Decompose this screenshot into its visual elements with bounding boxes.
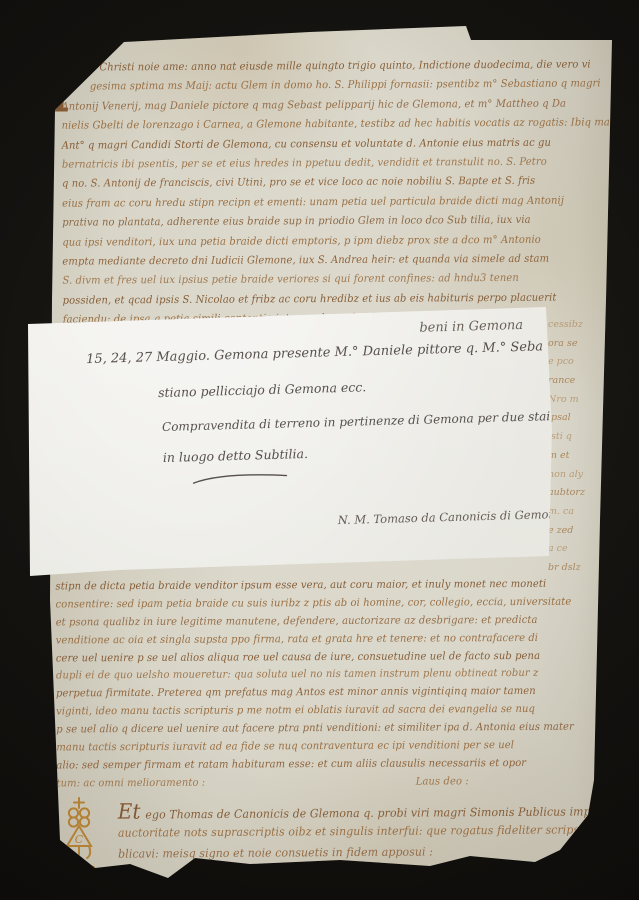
fragment-line: e pco [548, 353, 610, 372]
manuscript-bottom-block: stipn de dicta petia braide venditor ips… [55, 576, 608, 794]
closing-words: tum: ac omni melioramento : [56, 774, 205, 793]
fragment-line: m et [548, 447, 610, 466]
fragment-line: aubtorz [548, 484, 610, 503]
fragment-line: cessibz [548, 316, 610, 335]
fragment-line: ipsal [548, 409, 610, 428]
closing-attestation: Etego Thomas de Canonicis de Glemona q. … [118, 798, 598, 864]
fragment-line: non aly [548, 466, 610, 485]
underline-flourish-icon [191, 472, 291, 487]
slip-region-note: beni in Gemona [419, 318, 523, 336]
fragment-line: Nro m [548, 391, 610, 410]
slip-line: stiano pellicciajo di Gemona ecc. [158, 379, 367, 400]
slip-notary-note: N. M. Tomaso da Canonicis di Gemona [338, 507, 563, 527]
fragment-line: m. ca [548, 503, 610, 522]
manuscript-top-block: n Christi noie ame: anno nat eiusde mill… [61, 55, 609, 330]
closing-initial: Et [118, 800, 141, 824]
fragment-line: a ce [548, 540, 610, 559]
svg-text:C: C [75, 833, 84, 846]
fragment-line: isti q [548, 428, 610, 447]
photo-backdrop: I n Christi noie ame: anno nat eiusde mi… [0, 0, 639, 900]
slip-line: in luogo detto Subtilia. [163, 446, 308, 465]
right-margin-fragments: cessibz ora se e pco rance Nro m ipsal i… [548, 316, 610, 578]
fragment-line: e zed [548, 522, 610, 541]
slip-date-line: 15, 24, 27 Maggio. Gemona presente M.° D… [86, 339, 543, 367]
slip-line: Compravendita di terreno in pertinenze d… [162, 409, 550, 434]
fragment-line: rance [548, 372, 610, 391]
manuscript-line: blicavi: meisq signo et noie consuetis i… [118, 840, 574, 864]
notarial-signum-icon: C [56, 796, 102, 880]
manuscript-line: tum: ac omni melioramento : Laus deo : [56, 772, 580, 793]
laus-deo: Laus deo : [416, 773, 469, 791]
fragment-line: ora se [548, 335, 610, 354]
